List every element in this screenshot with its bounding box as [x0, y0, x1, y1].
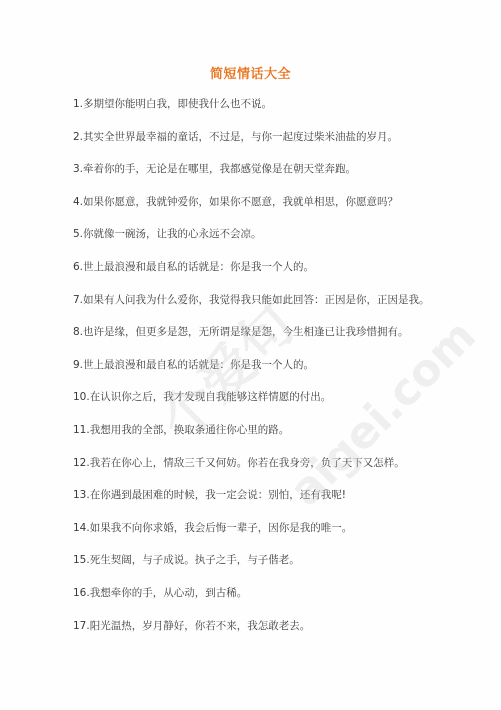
- list-item: 3.牵着你的手，无论是在哪里，我都感觉像是在朝天堂奔跑。: [73, 161, 430, 194]
- page-title: 简短情话大全: [0, 63, 501, 82]
- list-item: 15.死生契阔，与子成说。执子之手，与子偕老。: [73, 552, 430, 585]
- quote-list: 1.多期望你能明白我，即使我什么也不说。 2.其实全世界最幸福的童话，不过是，与…: [73, 96, 430, 650]
- list-item: 9.世上最浪漫和最自私的话就是：你是我一个人的。: [73, 357, 430, 390]
- list-item: 13.在你遇到最困难的时候，我一定会说：别怕，还有我呢!: [73, 487, 430, 520]
- document-page: 简短情话大全 1.多期望你能明白我，即使我什么也不说。 2.其实全世界最幸福的童…: [0, 0, 501, 710]
- list-item: 10.在认识你之后，我才发现自我能够这样情愿的付出。: [73, 389, 430, 422]
- list-item: 12.我若在你心上，情敌三千又何妨。你若在我身旁，负了天下又怎样。: [73, 455, 430, 488]
- list-item: 6.世上最浪漫和最自私的话就是：你是我一个人的。: [73, 259, 430, 292]
- list-item: 5.你就像一碗汤，让我的心永远不会凉。: [73, 226, 430, 259]
- list-item: 7.如果有人问我为什么爱你，我觉得我只能如此回答：正因是你，正因是我。: [73, 292, 430, 325]
- list-item: 17.阳光温热，岁月静好，你若不来，我怎敢老去。: [73, 618, 430, 651]
- list-item: 2.其实全世界最幸福的童话，不过是，与你一起度过柴米油盐的岁月。: [73, 129, 430, 162]
- list-item: 11.我想用我的全部，换取条通往你心里的路。: [73, 422, 430, 455]
- list-item: 16.我想牵你的手，从心动，到古稀。: [73, 585, 430, 618]
- list-item: 1.多期望你能明白我，即使我什么也不说。: [73, 96, 430, 129]
- list-item: 14.如果我不向你求婚，我会后悔一辈子，因你是我的唯一。: [73, 520, 430, 553]
- list-item: 8.也许是缘，但更多是怨，无所谓是缘是怨，今生相逢已让我珍惜拥有。: [73, 324, 430, 357]
- list-item: 4.如果你愿意，我就钟爱你，如果你不愿意，我就单相思，你愿意吗？: [73, 194, 430, 227]
